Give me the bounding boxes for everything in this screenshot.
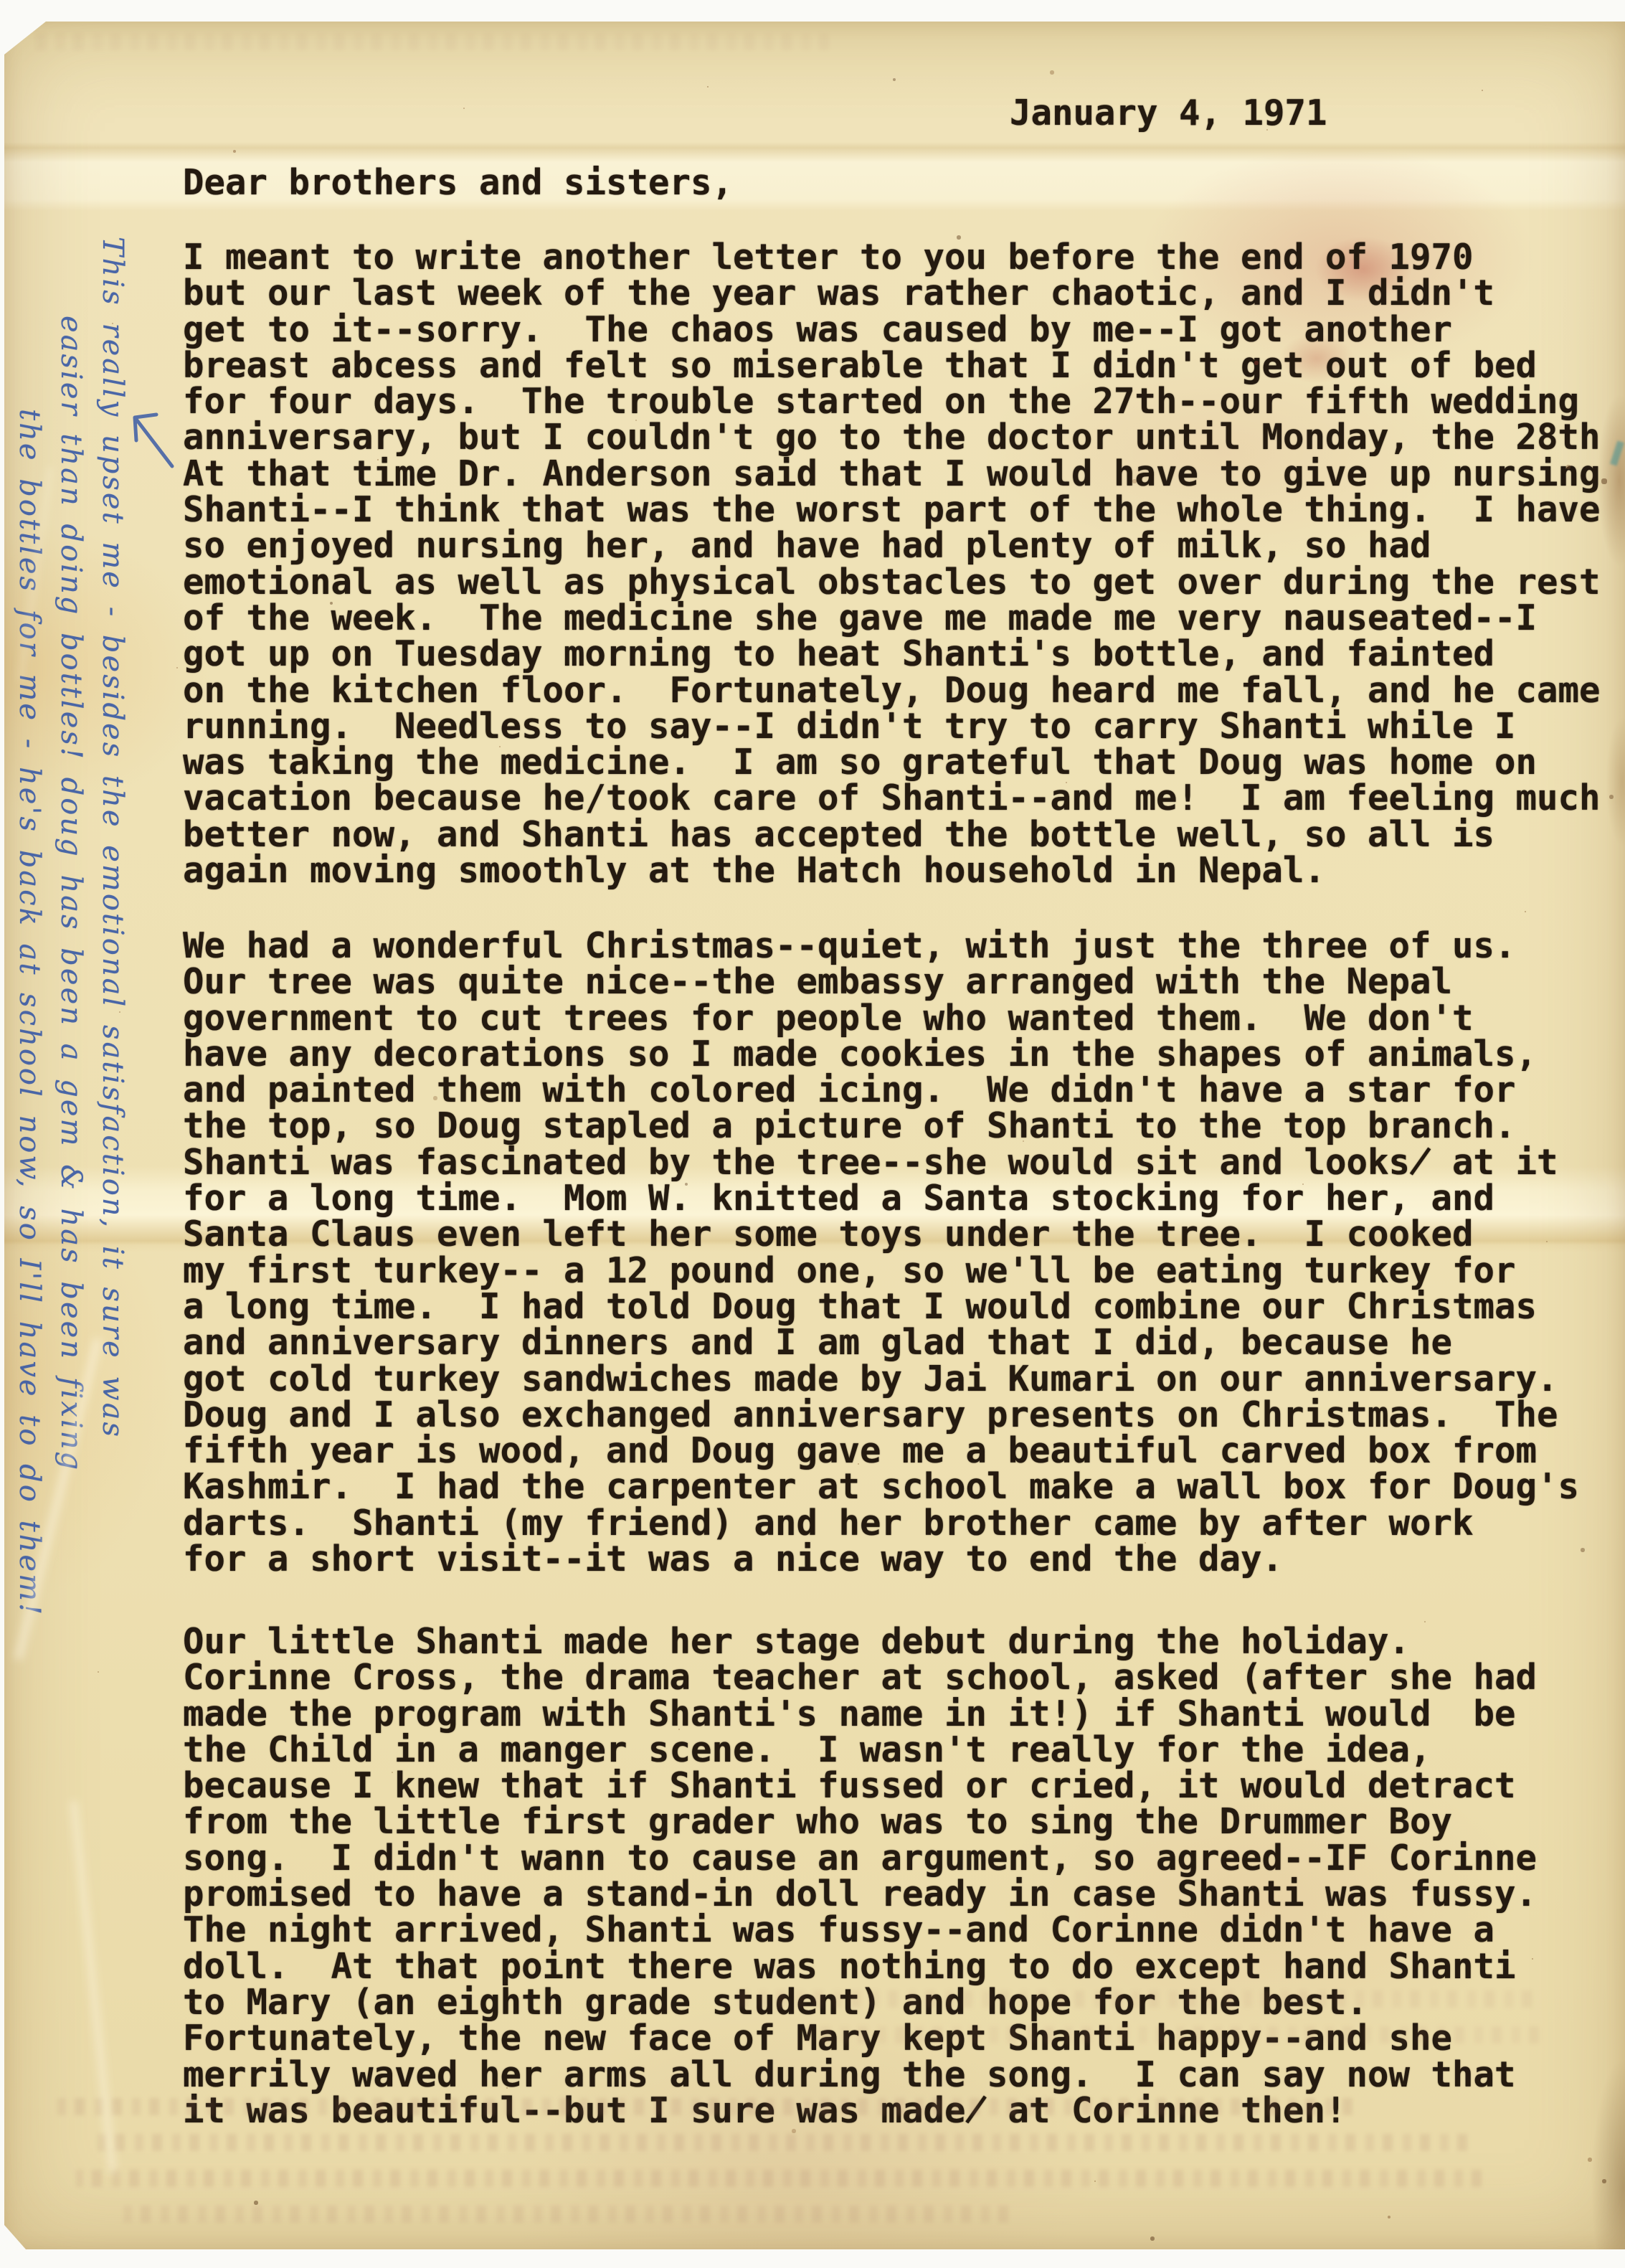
typed-line: vacation because he∕took care of Shanti-…: [183, 780, 1601, 816]
typed-line: We had a wonderful Christmas--quiet, wit…: [183, 928, 1579, 964]
bleed-through-text: [33, 33, 829, 50]
paper-foxing-specks: [4, 22, 6, 23]
bleed-through-text: [119, 2206, 1008, 2223]
typed-line: for a short visit--it was a nice way to …: [183, 1541, 1579, 1577]
letter-paragraph-3: Our little Shanti made her stage debut d…: [183, 1624, 1537, 2129]
typed-line: Kashmir. I had the carpenter at school m…: [183, 1469, 1579, 1505]
scanned-letter-page: January 4, 1971 Dear brothers and sister…: [4, 22, 1625, 2249]
typed-line: so enjoyed nursing her, and have had ple…: [183, 528, 1601, 564]
typed-line: for a long time. Mom W. knitted a Santa …: [183, 1181, 1579, 1216]
bleed-through-text: [807, 2026, 1539, 2043]
letter-paragraph-2: We had a wonderful Christmas--quiet, wit…: [183, 928, 1579, 1577]
typed-line: a long time. I had told Doug that I woul…: [183, 1289, 1579, 1325]
typed-line: was taking the medicine. I am so gratefu…: [183, 745, 1601, 780]
bleed-through-text: [90, 2134, 1467, 2151]
typed-line: Santa Claus even left her some toys unde…: [183, 1216, 1579, 1252]
typed-line: but our last week of the year was rather…: [183, 275, 1601, 311]
typed-line: got up on Tuesday morning to heat Shanti…: [183, 636, 1601, 672]
typed-line: Our little Shanti made her stage debut d…: [183, 1624, 1537, 1660]
typed-line: promised to have a stand-in doll ready i…: [183, 1876, 1537, 1912]
paper-foxing-specks: [4, 22, 6, 23]
typed-line: get to it--sorry. The chaos was caused b…: [183, 312, 1601, 348]
typed-line: have any decorations so I made cookies i…: [183, 1036, 1579, 1072]
typed-line: running. Needless to say--I didn't try t…: [183, 709, 1601, 745]
typed-line: the top, so Doug stapled a picture of Sh…: [183, 1108, 1579, 1144]
letter-paragraph-1: I meant to write another letter to you b…: [183, 240, 1601, 889]
letter-salutation: Dear brothers and sisters,: [183, 165, 733, 201]
typed-line: song. I didn't wann to cause an argument…: [183, 1841, 1537, 1876]
typed-line: At that time Dr. Anderson said that I wo…: [183, 456, 1601, 492]
letter-date: January 4, 1971: [1010, 95, 1327, 131]
margin-arrow-icon: [125, 406, 179, 472]
typed-line: again moving smoothly at the Hatch house…: [183, 853, 1601, 889]
typed-line: The night arrived, Shanti was fussy--and…: [183, 1912, 1537, 1948]
typed-line: merrily waved her arms all during the so…: [183, 2057, 1537, 2093]
typed-line: the Child in a manger scene. I wasn't re…: [183, 1732, 1537, 1768]
typed-line: better now, and Shanti has accepted the …: [183, 817, 1601, 853]
typed-line: Corinne Cross, the drama teacher at scho…: [183, 1660, 1537, 1696]
typed-line: got cold turkey sandwiches made by Jai K…: [183, 1361, 1579, 1397]
typed-line: anniversary, but I couldn't go to the do…: [183, 420, 1601, 455]
typed-line: made the program with Shanti's name in i…: [183, 1696, 1537, 1732]
bleed-through-text: [736, 1990, 1532, 2008]
ink-smudge: [1610, 440, 1624, 466]
typed-line: Shanti--I think that was the worst part …: [183, 492, 1601, 528]
typed-line: government to cut trees for people who w…: [183, 1001, 1579, 1036]
typed-line: darts. Shanti (my friend) and her brothe…: [183, 1506, 1579, 1541]
margin-note-line: the bottles for me - he's back at school…: [9, 237, 50, 2245]
typed-line: fifth year is wood, and Doug gave me a b…: [183, 1433, 1579, 1469]
typed-line: my first turkey-- a 12 pound one, so we'…: [183, 1253, 1579, 1289]
typed-line: and painted them with colored icing. We …: [183, 1072, 1579, 1108]
typed-line: Doug and I also exchanged anniversary pr…: [183, 1397, 1579, 1433]
typed-line: and anniversary dinners and I am glad th…: [183, 1325, 1579, 1361]
bleed-through-text: [76, 2170, 1482, 2187]
typed-line: because I knew that if Shanti fussed or …: [183, 1768, 1537, 1804]
margin-note-line: This really upset me - besides the emoti…: [92, 237, 133, 2245]
bleed-through-text: [47, 2098, 1352, 2115]
typed-line: Shanti was fascinated by the tree--she w…: [183, 1145, 1579, 1181]
typed-line: from the little first grader who was to …: [183, 1804, 1537, 1840]
typed-line: on the kitchen floor. Fortunately, Doug …: [183, 673, 1601, 709]
typed-line: Our tree was quite nice--the embassy arr…: [183, 964, 1579, 1000]
typed-line: emotional as well as physical obstacles …: [183, 564, 1601, 600]
typed-line: doll. At that point there was nothing to…: [183, 1949, 1537, 1985]
typed-line: for four days. The trouble started on th…: [183, 384, 1601, 420]
handwritten-margin-note: This really upset me - besides the emoti…: [4, 237, 133, 2245]
typed-line: of the week. The medicine she gave me ma…: [183, 600, 1601, 636]
typed-line: breast abcess and felt so miserable that…: [183, 348, 1601, 384]
typed-line: I meant to write another letter to you b…: [183, 240, 1601, 275]
